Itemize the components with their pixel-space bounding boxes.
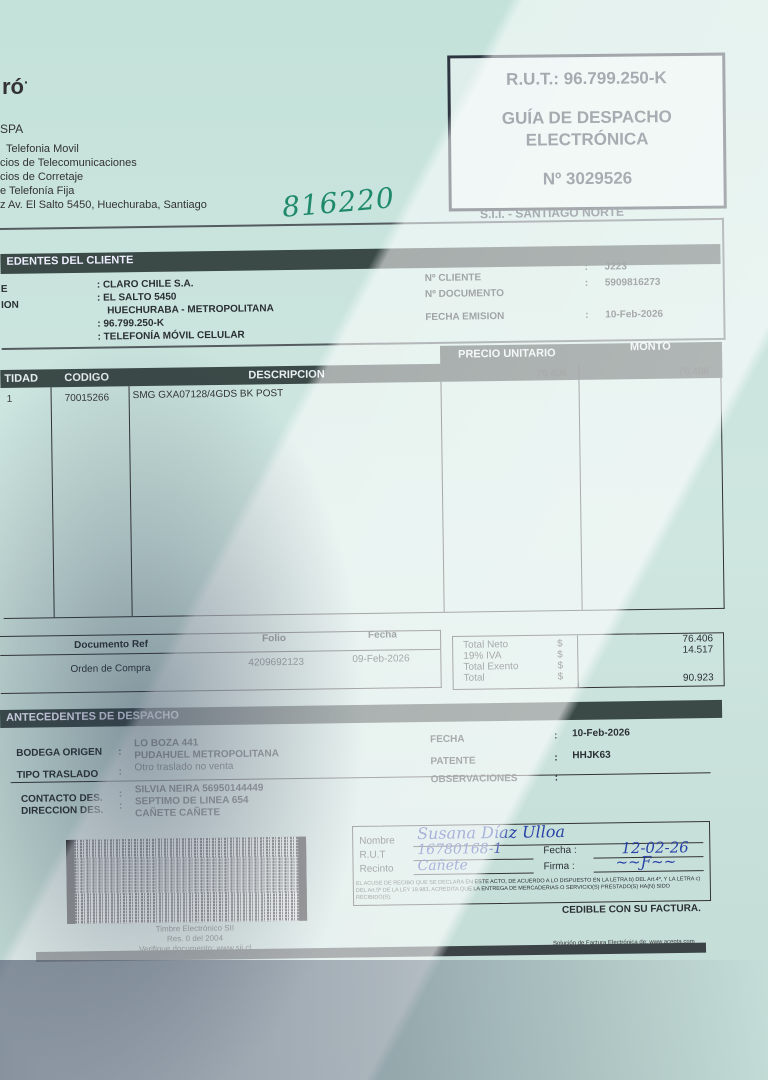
cedible-label: CEDIBLE CON SU FACTURA. — [562, 903, 701, 916]
colon: : — [585, 262, 605, 275]
ref-folio: 4209692123 — [248, 657, 304, 669]
total-neto-label: Total Neto — [463, 639, 518, 651]
colon: : — [118, 747, 121, 758]
totals-box: Total Neto 19% IVA Total Exento Total $ … — [452, 632, 725, 690]
currency: $ — [557, 660, 563, 671]
issuer-info: SPA Telefonia Movil cios de Telecomunica… — [0, 122, 207, 212]
colon: : — [555, 772, 558, 783]
references-box: Documento Ref Folio Fecha Orden de Compr… — [0, 630, 442, 694]
documento-label: Nº DOCUMENTO — [425, 287, 585, 302]
total-label: Total — [464, 672, 519, 684]
direccion-label: DIRECCION DES. — [21, 805, 103, 817]
title-line: GUÍA DE DESPACHO — [451, 106, 723, 131]
rut-value: 16780168-1 — [417, 841, 502, 858]
divider — [11, 772, 711, 783]
fecha-emision-row: FECHA EMISION:10-Feb-2026 — [425, 309, 663, 325]
ref-doc: Orden de Compra — [70, 663, 150, 675]
firma-label: Firma : — [543, 860, 574, 873]
currency: $ — [557, 649, 563, 660]
totals-divider — [577, 635, 579, 687]
colon: : — [554, 752, 557, 763]
rut-label: R.U.T — [359, 849, 385, 862]
fecha-emision-label: FECHA EMISION — [425, 310, 585, 325]
claro-logo: ró· — [2, 74, 29, 100]
patente-value: HHJK63 — [572, 750, 611, 762]
header-codigo: CODIGO — [64, 371, 109, 384]
client-labels: E ION — [1, 282, 19, 314]
client-meta: :J223 Nº CLIENTE :5909816273 Nº DOCUMENT… — [425, 261, 664, 325]
header-folio: Folio — [262, 633, 286, 644]
client-label: ION — [1, 298, 19, 314]
header-documento-ref: Documento Ref — [74, 639, 148, 651]
colon: : — [585, 278, 605, 291]
colon: : — [119, 801, 122, 812]
client-commune: HUECHURABA - METROPOLITANA — [97, 302, 274, 317]
nombre-value: Susana Díaz Ulloa — [417, 822, 565, 843]
bodega-line1: LO BOZA 441 — [134, 737, 198, 749]
direccion-line1: SEPTIMO DE LINEA 654 — [135, 795, 249, 808]
nombre-label: Nombre — [359, 834, 395, 847]
colon: : — [554, 730, 557, 741]
issuer-line: e Telefonía Fija — [0, 184, 207, 198]
bodega-label: BODEGA ORIGEN — [16, 747, 102, 759]
receipt-acknowledgement: Nombre R.U.T Recinto Fecha : Firma : Sus… — [352, 821, 711, 906]
despacho-fecha-value: 10-Feb-2026 — [572, 727, 630, 739]
title-line: ELECTRÓNICA — [451, 128, 723, 153]
rut-box: R.U.T.: 96.799.250-K GUÍA DE DESPACHO EL… — [447, 53, 727, 212]
total-value: 90.923 — [683, 672, 714, 683]
bodega-line2: PUDAHUEL METROPOLITANA — [134, 748, 279, 761]
contacto-value: SILVIA NEIRA 56950144449 — [135, 783, 264, 796]
pdf417-barcode — [66, 837, 307, 924]
issuer-line: Telefonia Movil — [0, 142, 207, 156]
issuer-line: cios de Telecomunicaciones — [0, 156, 207, 170]
tipo-traslado-label: TIPO TRASLADO — [17, 769, 99, 781]
client-section: EDENTES DEL CLIENTE E ION : CLARO CHILE … — [0, 218, 726, 350]
total-exento-label: Total Exento — [463, 661, 518, 673]
receipt-fecha-label: Fecha : — [543, 844, 577, 857]
legal-text: EL ACUSE DE RECIBO QUE SE DECLARA EN EST… — [356, 876, 706, 902]
header-precio: PRECIO UNITARIO — [458, 347, 556, 360]
items-table: TIDAD CODIGO DESCRIPCION PRECIO UNITARIO… — [0, 342, 726, 624]
totals-labels: Total Neto 19% IVA Total Exento Total — [463, 639, 519, 684]
currency-symbols: $ $ $ $ — [557, 638, 563, 682]
currency: $ — [557, 638, 563, 649]
cell-cantidad: 1 — [7, 394, 13, 405]
colon: : — [118, 767, 121, 778]
client-business: : TELEFONÍA MÓVIL CELULAR — [97, 328, 274, 343]
total-neto-value: 76.406 — [682, 633, 713, 644]
contacto-label: CONTACTO DES. — [21, 793, 103, 805]
iva-value: 14.517 — [683, 644, 714, 655]
header-cantidad: TIDAD — [4, 372, 38, 384]
direccion-line2: CAÑETE CAÑETE — [135, 807, 220, 819]
iva-label: 19% IVA — [463, 650, 518, 662]
cell-descripcion: SMG GXA07128/4GDS BK POST — [133, 388, 284, 401]
colon: : — [585, 310, 605, 323]
despacho-section: BODEGA ORIGEN : LO BOZA 441 PUDAHUEL MET… — [16, 724, 717, 834]
observaciones-label: OBSERVACIONES — [431, 773, 518, 785]
cell-precio: 76.406 — [536, 368, 567, 379]
header-descripcion: DESCRIPCION — [248, 368, 325, 381]
cell-codigo: 70015266 — [65, 392, 110, 404]
header-fecha: Fecha — [368, 629, 397, 640]
recinto-value: Cañete — [417, 857, 467, 874]
cliente-value: J223 — [605, 261, 627, 274]
client-label: E — [1, 282, 19, 298]
document-title: GUÍA DE DESPACHO ELECTRÓNICA — [451, 106, 723, 153]
tipo-traslado-value: Otro traslado no venta — [134, 761, 233, 773]
recinto-label: Recinto — [360, 862, 394, 875]
colon: : — [119, 789, 122, 800]
issuer-rut: R.U.T.: 96.799.250-K — [450, 68, 722, 91]
client-values: : CLARO CHILE S.A. : EL SALTO 5450 HUECH… — [97, 276, 275, 343]
currency: $ — [558, 671, 564, 682]
ref-fecha: 09-Feb-2026 — [352, 653, 409, 665]
issuer-line: z Av. El Salto 5450, Huechuraba, Santiag… — [0, 198, 207, 212]
totals-values: 76.406 14.517 90.923 — [682, 633, 713, 683]
despacho-fecha-label: FECHA — [430, 734, 465, 745]
signature: ~~Ƒ~~ — [615, 852, 676, 871]
cell-monto: 76.406 — [678, 366, 709, 377]
document-number: Nº 3029526 — [451, 168, 723, 191]
documento-value: 5909816273 — [605, 277, 661, 291]
issuer-line: cios de Corretaje — [0, 170, 207, 184]
fecha-emision-value: 10-Feb-2026 — [605, 309, 663, 323]
items-body — [1, 378, 725, 619]
header-monto: MONTO — [630, 341, 671, 354]
total-exento-value — [683, 655, 714, 666]
issuer-name: SPA — [0, 122, 207, 136]
patente-label: PATENTE — [430, 756, 475, 768]
